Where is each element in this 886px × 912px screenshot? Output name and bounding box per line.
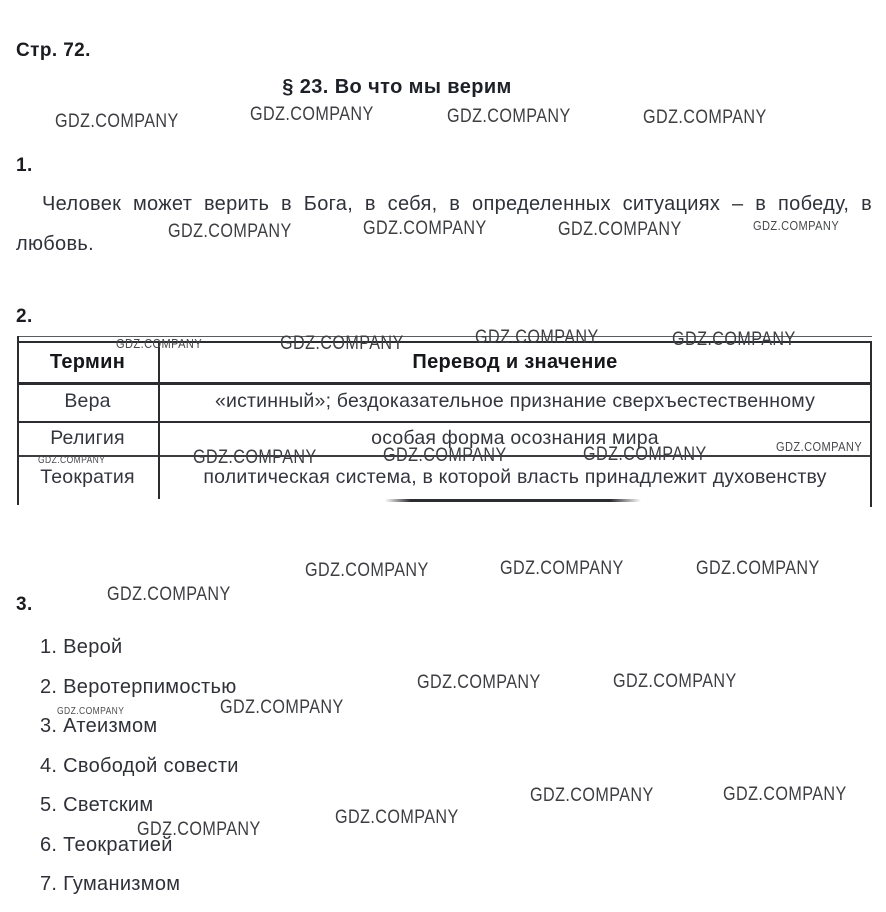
watermark: GDZ.COMPANY xyxy=(723,784,847,806)
watermark: GDZ.COMPANY xyxy=(530,785,654,807)
list-item: 2. Веротерпимостью xyxy=(40,676,239,716)
list-item: 1. Верой xyxy=(40,636,239,676)
table-border-line xyxy=(17,421,872,423)
section-1-number: 1. xyxy=(16,155,33,177)
watermark: GDZ.COMPANY xyxy=(335,807,459,829)
table-border-line xyxy=(158,341,160,499)
section-2-number: 2. xyxy=(16,306,33,328)
list-item: 6. Теократией xyxy=(40,834,239,874)
terms-table: Термин Перевод и значение Вера«истинный»… xyxy=(17,336,872,514)
table-border-line xyxy=(870,342,872,507)
meaning-cell: «истинный»; бездоказательное признание с… xyxy=(158,382,872,421)
watermark: GDZ.COMPANY xyxy=(305,560,429,582)
answers-list: 1. Верой2. Веротерпимостью3. Атеизмом4. … xyxy=(40,636,239,912)
section-1-paragraph: Человек может верить в Бога, в себя, в о… xyxy=(16,184,872,264)
watermark: GDZ.COMPANY xyxy=(500,558,624,580)
document-page: Стр. 72. § 23. Во что мы верим 1. Челове… xyxy=(0,0,886,912)
watermark: GDZ.COMPANY xyxy=(107,584,231,606)
watermark: GDZ.COMPANY xyxy=(447,106,571,128)
list-item: 4. Свободой совести xyxy=(40,755,239,795)
table-header-meaning: Перевод и значение xyxy=(158,342,872,382)
term-cell: Религия xyxy=(17,421,158,455)
table-row: Вера«истинный»; бездоказательное признан… xyxy=(17,382,872,421)
paragraph-line: любовь. xyxy=(16,224,872,264)
table-header-row: Термин Перевод и значение xyxy=(17,342,872,382)
page-title: § 23. Во что мы верим xyxy=(0,76,794,99)
list-item: 5. Светским xyxy=(40,794,239,834)
watermark: GDZ.COMPANY xyxy=(417,672,541,694)
watermark: GDZ.COMPANY xyxy=(643,107,767,129)
meaning-cell: особая форма осознания мира xyxy=(158,421,872,455)
watermark: GDZ.COMPANY xyxy=(613,671,737,693)
list-item: 7. Гуманизмом xyxy=(40,873,239,912)
watermark: GDZ.COMPANY xyxy=(696,558,820,580)
table-border-line xyxy=(17,455,872,457)
table-row: Теократияполитическая система, в которой… xyxy=(17,456,872,499)
table-border-line xyxy=(17,336,872,337)
meaning-cell: политическая система, в которой власть п… xyxy=(158,456,872,499)
table-border-line xyxy=(17,341,872,343)
list-item: 3. Атеизмом xyxy=(40,715,239,755)
page-number-label: Стр. 72. xyxy=(16,40,91,62)
watermark: GDZ.COMPANY xyxy=(55,111,179,133)
table-header-term: Термин xyxy=(17,342,158,382)
table-row: Религияособая форма осознания мира xyxy=(17,421,872,455)
watermark: GDZ.COMPANY xyxy=(250,104,374,126)
paragraph-line: Человек может верить в Бога, в себя, в о… xyxy=(16,184,872,224)
term-cell: Теократия xyxy=(17,456,158,499)
table-border-line-partial xyxy=(385,499,641,502)
section-3-number: 3. xyxy=(16,594,33,616)
table-border-line xyxy=(17,382,872,385)
term-cell: Вера xyxy=(17,382,158,421)
table-border-line xyxy=(17,336,19,505)
